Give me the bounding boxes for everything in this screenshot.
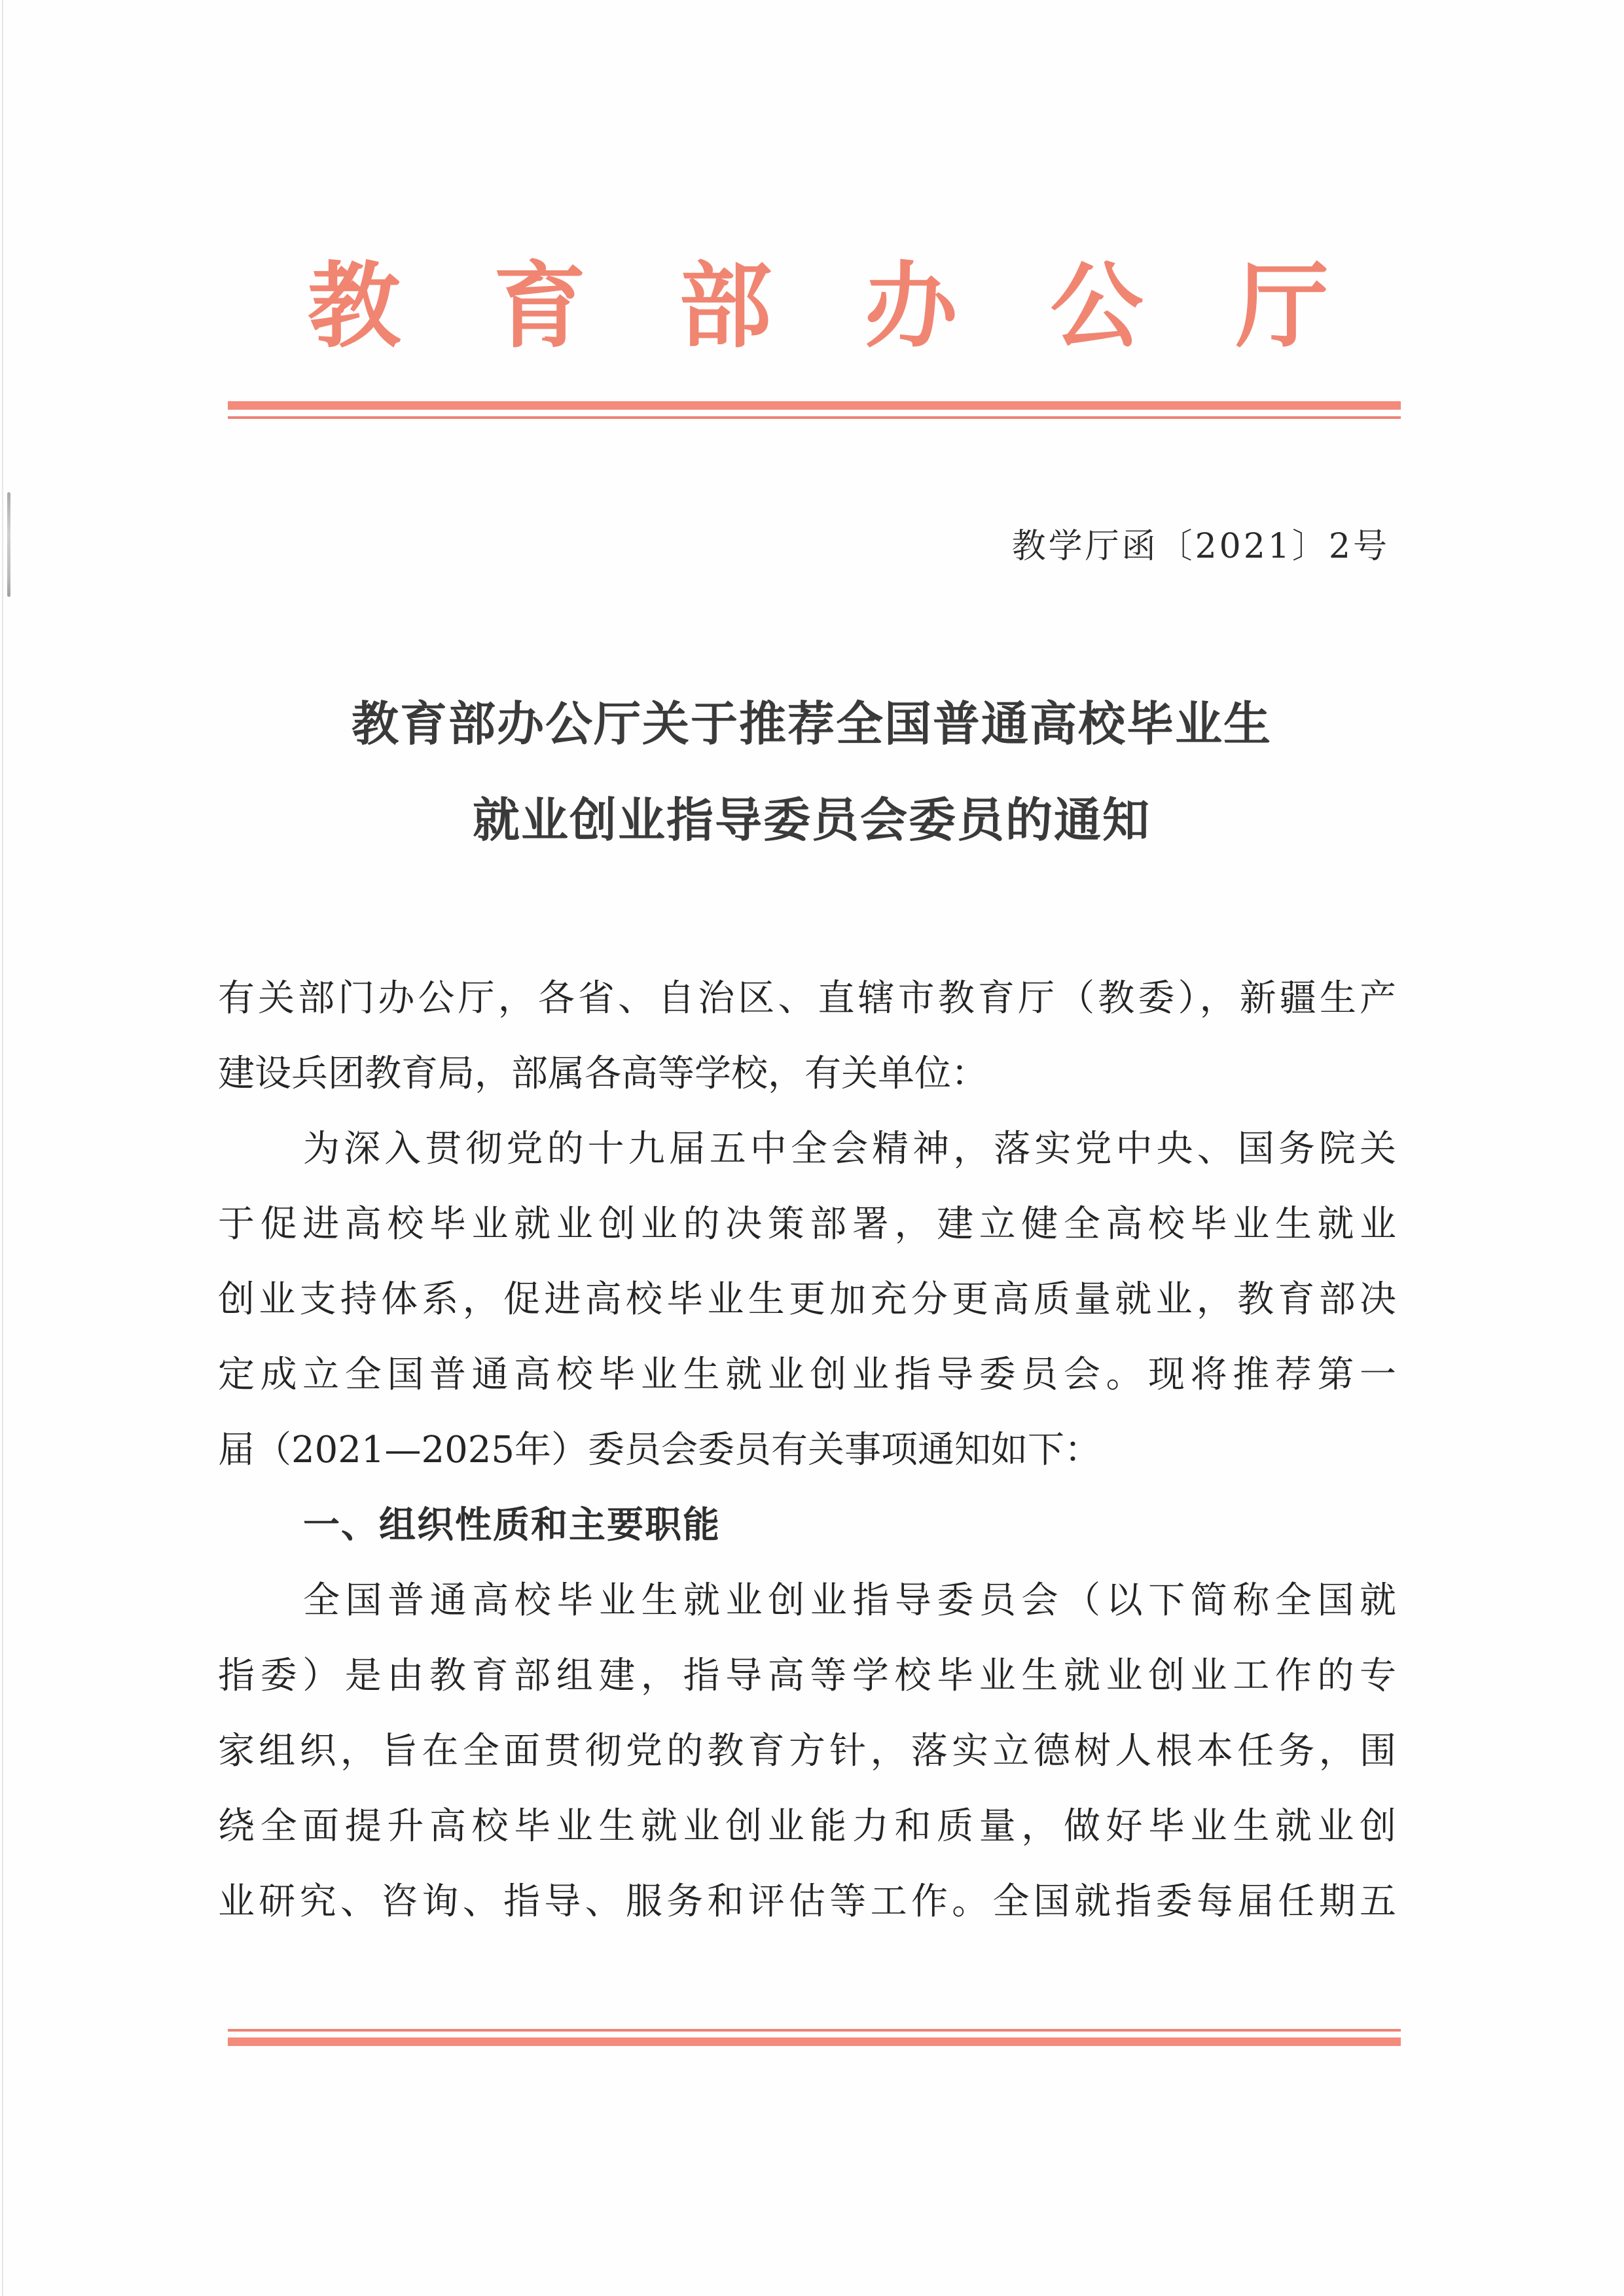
masthead: 教 育 部 办 公 厅: [308, 254, 1329, 359]
addressee-line-2: 建设兵团教育局，部属各高等学校，有关单位：: [218, 1048, 1396, 1100]
section-line: 家组织，旨在全面贯彻党的教育方针，落实立德树人根本任务，围: [218, 1725, 1396, 1778]
masthead-char: 育: [494, 254, 586, 359]
intro-line: 创业支持体系，促进高校毕业生更加充分更高质量就业，教育部决: [218, 1274, 1396, 1326]
masthead-char: 办: [865, 254, 958, 359]
document-number: 教学厅函〔2021〕2号: [1012, 524, 1390, 569]
section-line: 全国普通高校毕业生就业创业指导委员会（以下简称全国就: [303, 1575, 1396, 1627]
footer-rule-thick: [228, 2037, 1401, 2046]
section-line: 指委）是由教育部组建，指导高等学校毕业生就业创业工作的专: [218, 1650, 1396, 1702]
header-rule-thick: [228, 401, 1401, 410]
masthead-char: 部: [679, 254, 772, 359]
scan-edge-artifact: [2, 0, 3, 2296]
section-line: 绕全面提升高校毕业生就业创业能力和质量，做好毕业生就业创: [218, 1801, 1396, 1853]
section-heading: 一、组织性质和主要职能: [303, 1499, 1396, 1552]
header-rule-thin: [228, 416, 1401, 419]
intro-line: 定成立全国普通高校毕业生就业创业指导委员会。现将推荐第一: [218, 1349, 1396, 1401]
binding-mark: [7, 492, 10, 597]
masthead-char: 教: [308, 254, 401, 359]
footer-rule-thin: [228, 2029, 1401, 2032]
intro-line: 为深入贯彻党的十九届五中全会精神，落实党中央、国务院关: [303, 1123, 1396, 1175]
masthead-char: 厅: [1236, 254, 1329, 359]
document-title-line-1: 教育部办公厅关于推荐全国普通高校毕业生: [196, 692, 1427, 755]
intro-line: 届（2021—2025年）委员会委员有关事项通知如下：: [218, 1424, 1396, 1477]
section-line: 业研究、咨询、指导、服务和评估等工作。全国就指委每届任期五: [218, 1876, 1396, 1928]
intro-line: 于促进高校毕业就业创业的决策部署，建立健全高校毕业生就业: [218, 1198, 1396, 1251]
document-title-line-2: 就业创业指导委员会委员的通知: [196, 789, 1427, 852]
addressee-line-1: 有关部门办公厅，各省、自治区、直辖市教育厅（教委），新疆生产: [218, 973, 1396, 1025]
document-page: 教 育 部 办 公 厅 教学厅函〔2021〕2号 教育部办公厅关于推荐全国普通高…: [0, 0, 1624, 2296]
masthead-char: 公: [1050, 254, 1143, 359]
